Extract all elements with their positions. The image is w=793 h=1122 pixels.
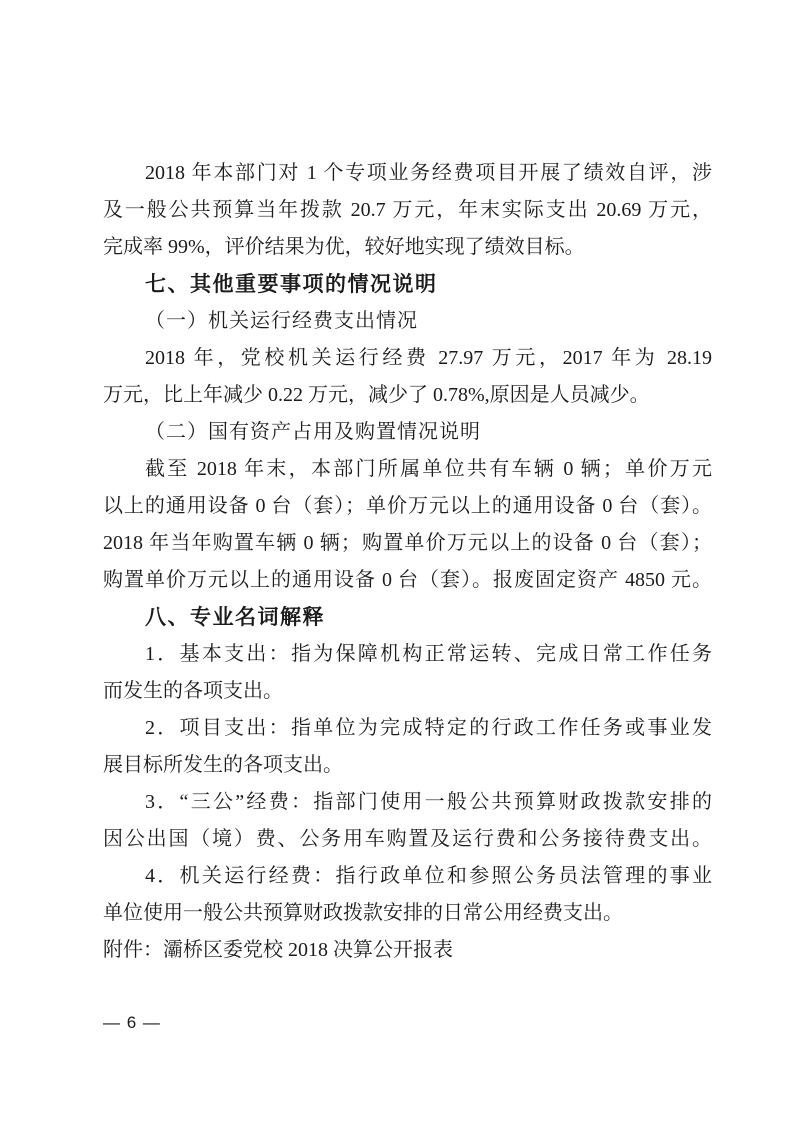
subheading-seven-two-line: （二）国有资产占用及购置情况说明 — [103, 414, 712, 451]
para-operating-expense-line: 万元，比上年减少 0.22 万元，减少了 0.78%,原因是人员减少。 — [103, 377, 712, 414]
para-performance-self-evaluation-line: 完成率 99%，评价结果为优，较好地实现了绩效目标。 — [103, 229, 712, 266]
para-state-assets-line: 以上的通用设备 0 台（套）；单价万元以上的通用设备 0 台（套）。 — [103, 488, 712, 525]
para-operating-expense-line: 2018 年，党校机关运行经费 27.97 万元，2017 年为 28.19 — [103, 340, 712, 377]
heading-section-seven-line: 七、其他重要事项的情况说明 — [103, 266, 712, 303]
document-page: 2018 年本部门对 1 个专项业务经费项目开展了绩效自评，涉及一般公共预算当年… — [0, 0, 793, 1122]
attachment-line-line: 附件：灞桥区委党校 2018 决算公开报表 — [103, 932, 712, 969]
para-term-basic-expenditure-line: 1．基本支出：指为保障机构正常运转、完成日常工作任务 — [103, 636, 712, 673]
para-state-assets-line: 购置单价万元以上的通用设备 0 台（套）。报废固定资产 4850 元。 — [103, 562, 712, 599]
para-term-basic-expenditure-line: 而发生的各项支出。 — [103, 673, 712, 710]
para-term-project-expenditure-line: 展目标所发生的各项支出。 — [103, 747, 712, 784]
page-number: — 6 — — [103, 1008, 161, 1038]
para-term-three-public-funds-line: 因公出国（境）费、公务用车购置及运行费和公务接待费支出。 — [103, 821, 712, 858]
heading-section-eight-line: 八、专业名词解释 — [103, 599, 712, 636]
para-performance-self-evaluation-line: 2018 年本部门对 1 个专项业务经费项目开展了绩效自评，涉 — [103, 155, 712, 192]
subheading-seven-one-line: （一）机关运行经费支出情况 — [103, 303, 712, 340]
para-performance-self-evaluation-line: 及一般公共预算当年拨款 20.7 万元，年末实际支出 20.69 万元， — [103, 192, 712, 229]
para-state-assets-line: 截至 2018 年末，本部门所属单位共有车辆 0 辆；单价万元 — [103, 451, 712, 488]
document-body: 2018 年本部门对 1 个专项业务经费项目开展了绩效自评，涉及一般公共预算当年… — [103, 155, 712, 969]
para-term-three-public-funds-line: 3．“三公”经费：指部门使用一般公共预算财政拨款安排的 — [103, 784, 712, 821]
para-state-assets-line: 2018 年当年购置车辆 0 辆；购置单价万元以上的设备 0 台（套）； — [103, 525, 712, 562]
para-term-agency-operating-funds-line: 单位使用一般公共预算财政拨款安排的日常公用经费支出。 — [103, 895, 712, 932]
para-term-project-expenditure-line: 2．项目支出：指单位为完成特定的行政工作任务或事业发 — [103, 710, 712, 747]
para-term-agency-operating-funds-line: 4．机关运行经费：指行政单位和参照公务员法管理的事业 — [103, 858, 712, 895]
